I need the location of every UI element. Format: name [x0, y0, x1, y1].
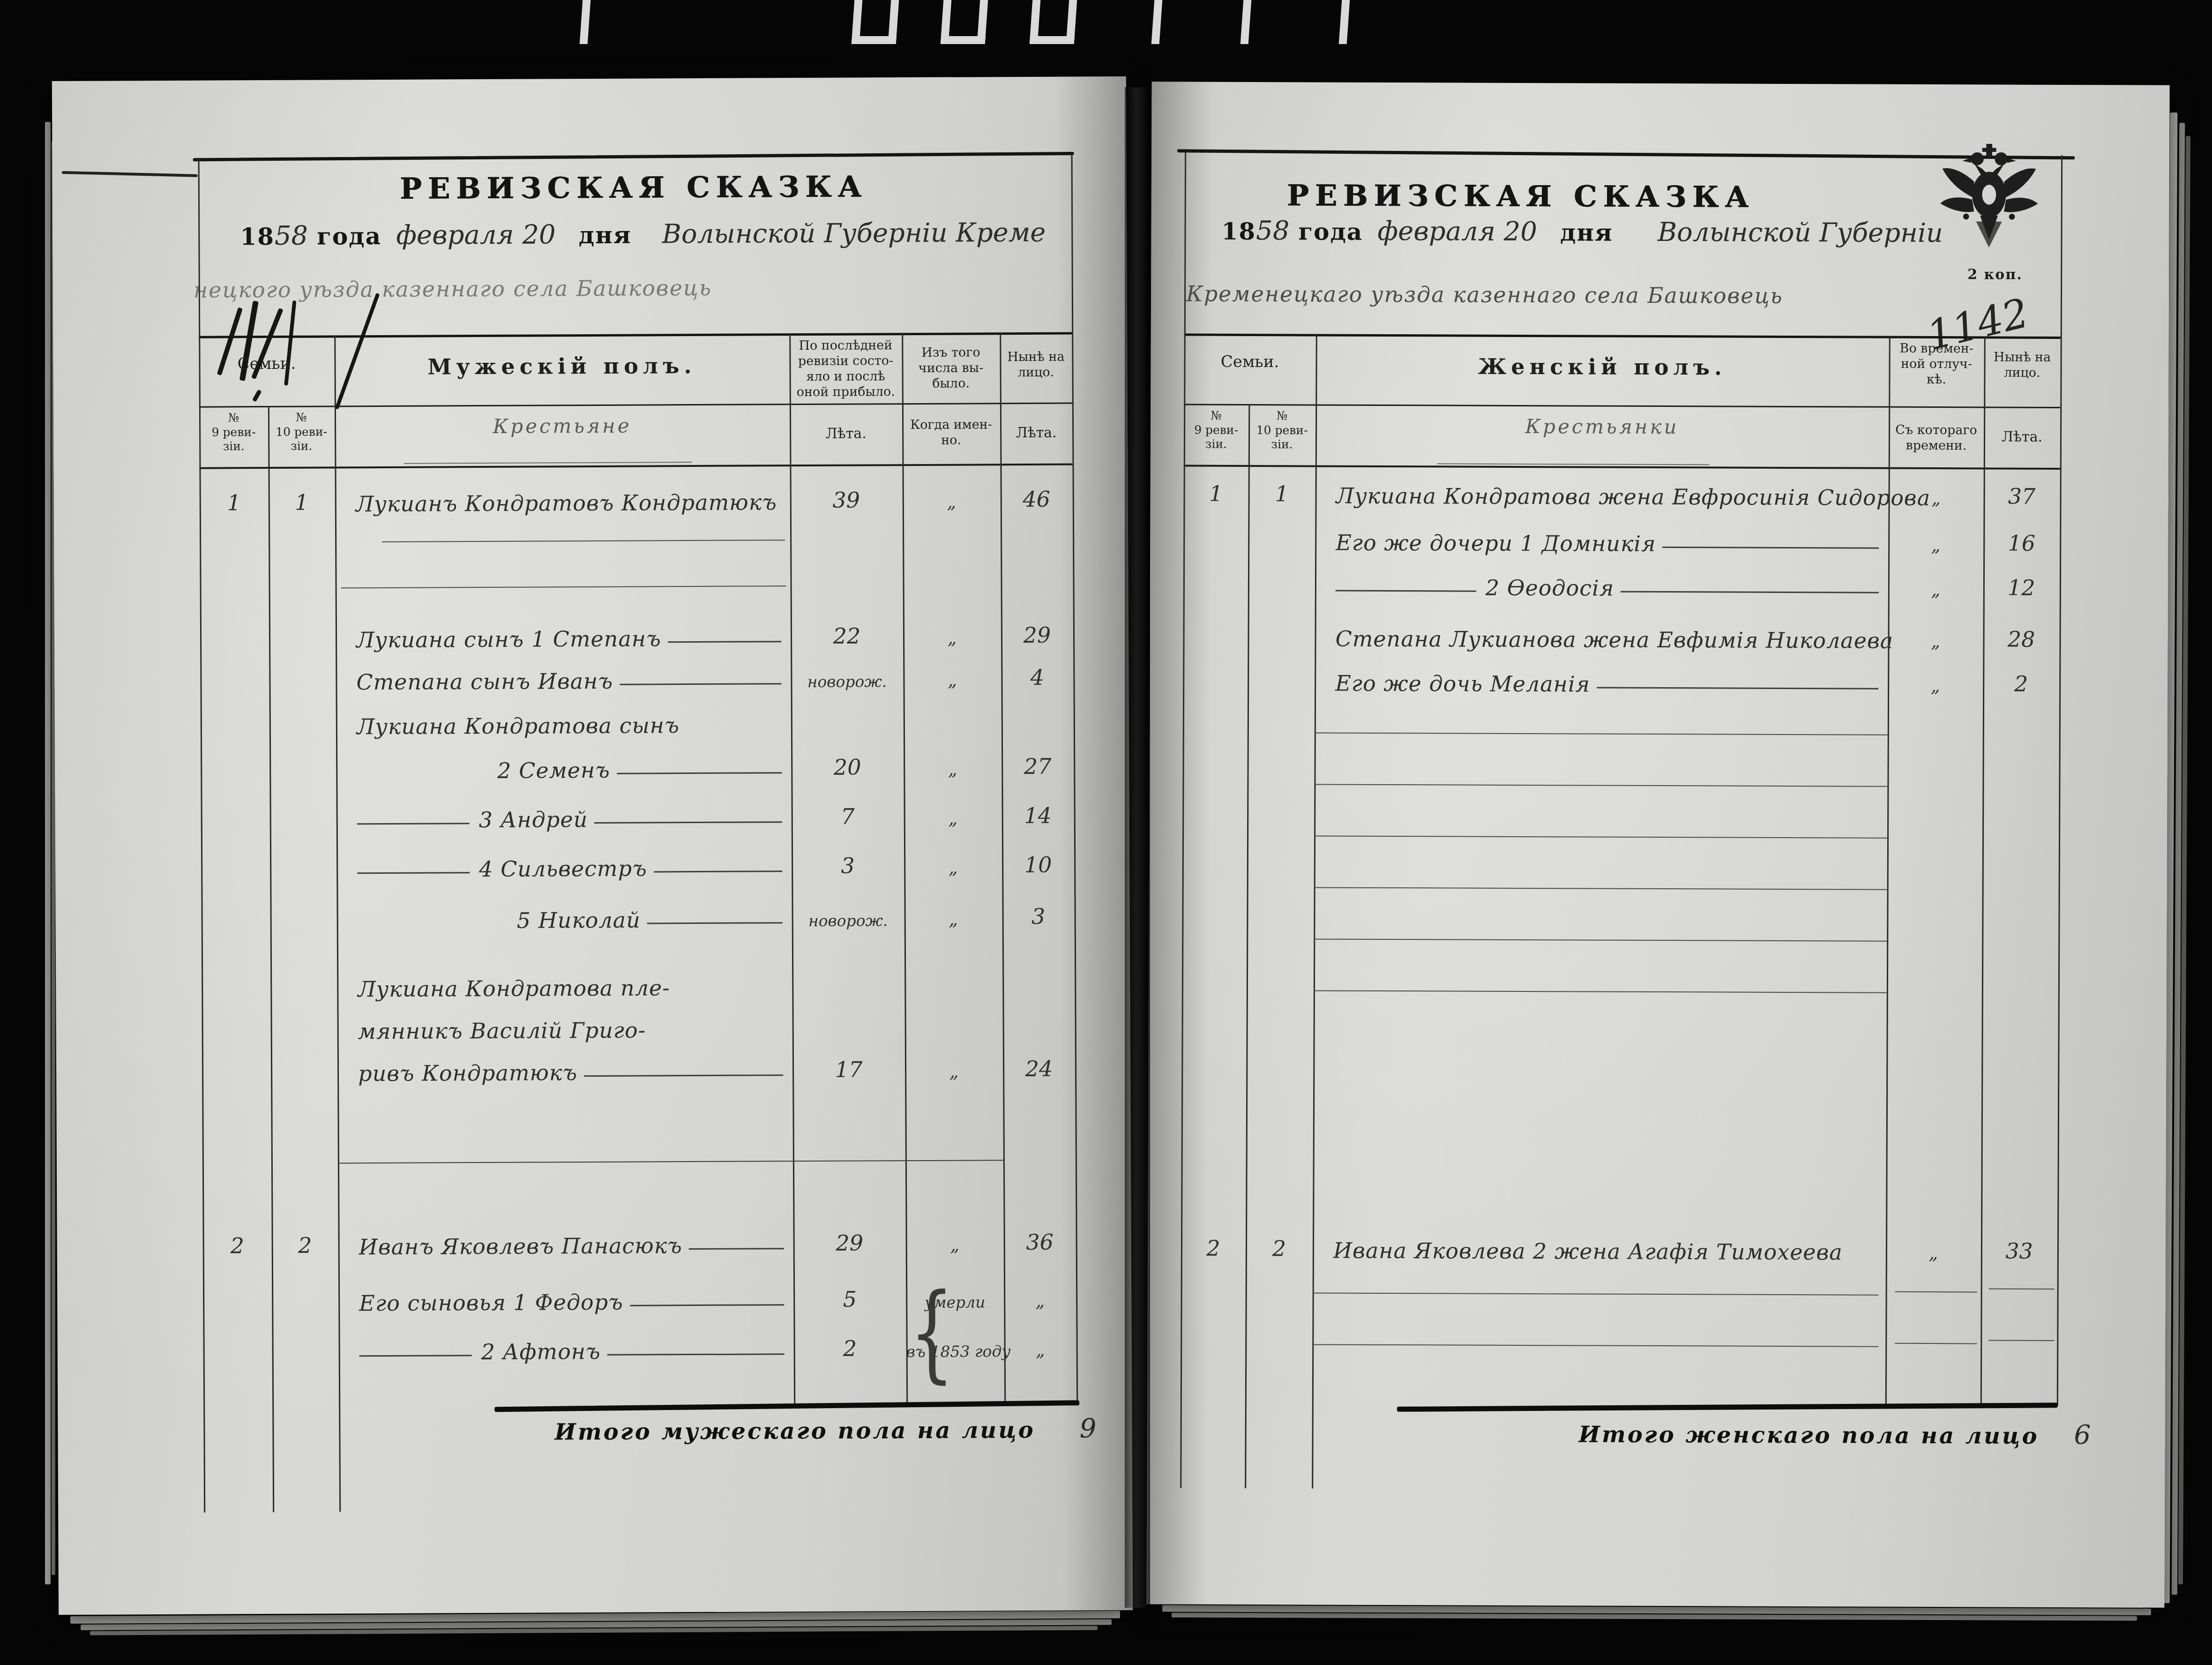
- table-row: Лукиана сынъ 1 Степанъ 22 „ 29: [200, 611, 1073, 653]
- table-row: 2 2 Иванъ Яковлевъ Панасюкъ 29 „ 36: [202, 1218, 1076, 1260]
- cell-when: „: [904, 908, 1002, 931]
- fill-line: [357, 823, 470, 825]
- cell-age-prev: 20: [791, 754, 904, 782]
- cell-age: 37: [1983, 483, 2060, 511]
- cell-when: „: [903, 669, 1001, 692]
- header-rev9: № 9 реви- зіи.: [1184, 408, 1248, 451]
- stamp-caption: 2 коп.: [1967, 266, 2023, 283]
- fill-line: [1597, 687, 1878, 690]
- header-class-handwritten: Крестьянки: [1315, 413, 1889, 440]
- cell-age-now: 10: [1002, 852, 1074, 880]
- cell-rev9: 1: [200, 490, 269, 517]
- cell-age-now: 36: [1004, 1230, 1076, 1257]
- table-rule: [199, 403, 1072, 408]
- cell-age-now: „: [1004, 1290, 1076, 1313]
- printed-word-day: дня: [579, 221, 632, 249]
- counter-digit-icon: [853, 0, 900, 44]
- header-class-handwritten: Крестьяне: [335, 413, 790, 439]
- table-rule: [199, 332, 1072, 338]
- printed-year-prefix: 18: [1221, 217, 1256, 245]
- cell-when: „: [903, 491, 1001, 514]
- cell-since: „: [1888, 535, 1983, 558]
- total-rule: [1397, 1402, 2058, 1412]
- counter-digit-icon: [942, 0, 989, 44]
- table-row: 2 2 Ивана Яковлева 2 жена Агафія Тимохее…: [1181, 1224, 2057, 1266]
- fill-line: [607, 1353, 785, 1356]
- cell-age-now: „: [1004, 1340, 1076, 1363]
- blank-line: [1895, 1291, 1977, 1293]
- blank-line: [1314, 784, 1887, 787]
- cell-since: „: [1888, 675, 1983, 698]
- person-name: Его же дочери 1 Домникія: [1336, 530, 1656, 556]
- hw-guberniya: Волынской Губерніи: [1658, 217, 1943, 248]
- header-prev-revision: По послѣдней ревизіи состо- яло и послѣ …: [789, 338, 902, 400]
- cell-rev10: 1: [269, 489, 335, 517]
- cell-rev10: 2: [272, 1232, 338, 1260]
- blank-line: [382, 540, 785, 542]
- person-name: Его же дочь Меланія: [1335, 671, 1590, 697]
- location-line: нецкого уѣзда казеннаго села Башковець: [194, 275, 712, 303]
- person-name: Лукиана Кондратова пле-: [358, 975, 670, 1002]
- table-row: Лукиана Кондратова сынъ: [201, 698, 1074, 740]
- header-present: Нынѣ на лицо.: [1000, 350, 1072, 381]
- header-absent: Во времен- ной отлуч- кѣ.: [1889, 341, 1984, 388]
- hw-year: 58: [1256, 216, 1289, 246]
- person-name: мянникъ Василій Григо-: [358, 1018, 646, 1044]
- blank-line: [1315, 732, 1888, 735]
- table-row: Его же дочь Меланія „ 2: [1183, 657, 2059, 698]
- blank-line: [1312, 1344, 1878, 1347]
- total-value: 6: [2074, 1420, 2091, 1450]
- person-name: Степана Лукианова жена Евфимія Николаева: [1335, 626, 1893, 653]
- header-when: Когда имен- но.: [902, 417, 1000, 449]
- cell-age-prev: новорож.: [792, 911, 904, 932]
- person-name: 2 Ѳеодосія: [1486, 575, 1614, 601]
- header-departed: Изъ того числа вы- было.: [902, 345, 1000, 392]
- cell-rev9: 2: [1181, 1235, 1246, 1262]
- table-row: ривъ Кондратюкъ 17 „ 24: [202, 1045, 1075, 1087]
- table-row: Лукиана Кондратова пле-: [202, 960, 1075, 1003]
- cell-when: „: [905, 1061, 1003, 1084]
- page-top-rule: [193, 152, 1074, 161]
- cell-since: „: [1888, 488, 1983, 511]
- cell-age-now: 4: [1001, 665, 1073, 692]
- printed-word-year: года: [317, 222, 381, 250]
- fill-line: [617, 772, 782, 774]
- cell-since: „: [1886, 1243, 1981, 1266]
- header-rev9: № 9 реви- зіи.: [199, 411, 268, 454]
- table-row: 2 Семенъ 20 „ 27: [201, 742, 1074, 785]
- blank-line: [1313, 1292, 1879, 1295]
- fill-line: [647, 922, 783, 924]
- blank-line: [1314, 938, 1887, 941]
- fill-line: [594, 821, 782, 824]
- page-stack-edge: [45, 122, 51, 1584]
- cell-age-now: 46: [1001, 487, 1073, 514]
- person-name: Ивана Яковлева 2 жена Агафія Тимохеева: [1333, 1238, 1843, 1265]
- cell-since: „: [1888, 631, 1983, 654]
- blank-line: [1989, 1288, 2055, 1289]
- table-row: Его же дочери 1 Домникія „ 16: [1183, 516, 2060, 558]
- total-value: 9: [1080, 1413, 1097, 1444]
- person-name: Его сыновья 1 Федоръ: [359, 1290, 623, 1316]
- blank-line: [1314, 887, 1887, 890]
- printed-word-year: года: [1298, 217, 1363, 245]
- person-name: Иванъ Яковлевъ Панасюкъ: [359, 1233, 682, 1260]
- hw-month-day: февраля 20: [1377, 216, 1537, 247]
- cell-when: „: [906, 1234, 1004, 1257]
- book-spine: [1125, 87, 1150, 1608]
- fill-line: [1663, 547, 1879, 549]
- page-title: РЕВИЗСКАЯ СКАЗКА: [362, 169, 905, 206]
- cell-age-prev: 17: [792, 1057, 905, 1084]
- cell-age-now: 3: [1002, 904, 1075, 931]
- fill-line: [668, 641, 781, 643]
- header-age-now: Лѣта.: [1000, 425, 1072, 442]
- right-page: РЕВИЗСКАЯ СКАЗКА 1858 года февраля 20 дн…: [1146, 82, 2169, 1608]
- cell-rev10: 1: [1248, 481, 1315, 508]
- cell-when: въ 1853 году: [906, 1342, 1004, 1363]
- cell-age-prev: новорож.: [791, 672, 903, 693]
- person-name: Лукиана Кондратова жена Евфросинія Сидор…: [1336, 483, 1931, 510]
- printed-word-day: дня: [1560, 218, 1613, 246]
- header-age: Лѣта.: [1984, 428, 2060, 446]
- blank-line: [1895, 1343, 1977, 1344]
- total-line: Итого мужескаго пола на лицо 9: [554, 1413, 1096, 1446]
- person-name: 2 Семенъ: [497, 757, 610, 783]
- table-row: 4 Сильвестръ 3 „ 10: [201, 841, 1074, 883]
- total-label: Итого женскаго пола на лицо: [1579, 1421, 2039, 1449]
- cell-age-prev: 39: [790, 487, 903, 515]
- fill-line: [359, 1355, 472, 1357]
- hw-year: 58: [275, 221, 308, 251]
- blank-line: [341, 585, 786, 588]
- person-name: 2 Афтонъ: [481, 1339, 601, 1365]
- hw-month-day: февраля 20: [396, 219, 556, 250]
- person-name: ривъ Кондратюкъ: [358, 1060, 577, 1086]
- table-row: 5 Николай новорож. „ 3: [201, 892, 1074, 935]
- person-name: Лукиана Кондратова сынъ: [357, 712, 680, 739]
- blank-line: [1314, 835, 1887, 838]
- counter-digit-icon: [1031, 0, 1078, 44]
- cell-age-prev: 2: [794, 1335, 906, 1363]
- date-line: 1858 года февраля 20 дня Волынской Губер…: [1221, 216, 1943, 248]
- cell-age: 28: [1983, 626, 2059, 654]
- person-name: Лукиана сынъ 1 Степанъ: [356, 626, 661, 652]
- table-rule: [1071, 154, 1078, 1403]
- cell-when: „: [904, 808, 1002, 831]
- total-label: Итого мужескаго пола на лицо: [554, 1417, 1035, 1445]
- person-name: 4 Сильвестръ: [479, 855, 647, 882]
- date-line: 1858 года февраля 20 дня Волынской Губер…: [240, 217, 1046, 252]
- handwriting-underline: [404, 462, 692, 464]
- header-present: Нынѣ на лицо.: [1984, 350, 2060, 381]
- header-family: Семьи.: [1184, 352, 1316, 372]
- fill-line: [1621, 591, 1879, 593]
- location-line: Кременецкаго уѣзда казеннаго села Башков…: [1186, 281, 1783, 308]
- header-sex: Мужескій полъ.: [334, 352, 789, 380]
- printed-year-prefix: 18: [240, 223, 275, 250]
- cell-when: „: [904, 857, 1002, 880]
- family-divider-line: [338, 1160, 1003, 1163]
- cell-age-prev: 5: [793, 1286, 906, 1314]
- table-row: Степана Лукианова жена Евфимія Николаева…: [1183, 612, 2059, 654]
- ink-smudge: [52, 76, 1126, 81]
- cell-age-prev: 7: [792, 803, 904, 831]
- cell-age-now: 29: [1001, 622, 1073, 650]
- fill-line: [654, 870, 782, 872]
- person-name: Степана сынъ Иванъ: [356, 668, 613, 695]
- cell-age-now: 27: [1001, 754, 1074, 781]
- left-page: РЕВИЗСКАЯ СКАЗКА 1858 года февраля 20 дн…: [52, 76, 1133, 1615]
- table-rule: [2057, 155, 2063, 1406]
- header-age-prev: Лѣта.: [790, 425, 902, 443]
- cell-age: 12: [1983, 575, 2060, 602]
- cell-age-prev: 29: [793, 1230, 906, 1258]
- fill-line: [630, 1304, 784, 1306]
- total-line: Итого женскаго пола на лицо 6: [1579, 1418, 2091, 1450]
- cell-since: „: [1888, 579, 1983, 602]
- fill-line: [1336, 590, 1476, 592]
- fill-line: [620, 683, 781, 685]
- total-rule: [494, 1400, 1079, 1412]
- page-title: РЕВИЗСКАЯ СКАЗКА: [1286, 178, 1755, 214]
- person-name: 5 Николай: [517, 907, 641, 933]
- fill-line: [357, 872, 470, 874]
- header-sex: Женскій полъ.: [1315, 352, 1889, 381]
- handwriting-underline: [1437, 463, 1709, 465]
- imperial-eagle-stamp-icon: [1938, 140, 2040, 260]
- table-row: 1 1 Лукиана Кондратова жена Евфросинія С…: [1184, 469, 2060, 511]
- table-row: 2 Афтонъ 2 въ 1853 году „: [203, 1324, 1076, 1366]
- header-since: Съ котораго времени.: [1889, 423, 1984, 454]
- cell-when: умерли: [906, 1293, 1004, 1313]
- cell-age-now: 24: [1003, 1056, 1075, 1084]
- blank-line: [1988, 1340, 2054, 1341]
- hw-guberniya: Волынской Губерніи Креме: [662, 217, 1046, 250]
- table-row: Степана сынъ Иванъ новорож. „ 4: [200, 653, 1073, 696]
- cell-age-prev: 3: [792, 853, 904, 880]
- header-rev10: № 10 реви- зіи.: [1248, 409, 1315, 452]
- person-name: Лукианъ Кондратовъ Кондратюкъ: [356, 489, 777, 517]
- header-family: Семьи.: [199, 354, 334, 374]
- fill-line: [584, 1074, 783, 1077]
- page-top-rule: [62, 171, 198, 177]
- cell-age-prev: 22: [791, 623, 903, 651]
- cell-rev9: 1: [1184, 480, 1248, 508]
- cell-age: 33: [1981, 1238, 2057, 1266]
- table-row: Его сыновья 1 Федоръ 5 умерли „: [203, 1275, 1076, 1317]
- cell-age: 2: [1983, 671, 2059, 698]
- cell-when: „: [903, 627, 1001, 650]
- header-rev10: № 10 реви- зіи.: [268, 410, 335, 453]
- cell-rev10: 2: [1246, 1236, 1313, 1263]
- table-row: 1 1 Лукианъ Кондратовъ Кондратюкъ 39 „ 4…: [200, 475, 1073, 517]
- blank-line: [1314, 990, 1887, 993]
- table-row: 2 Ѳеодосія „ 12: [1183, 561, 2060, 602]
- cell-when: „: [904, 758, 1001, 781]
- table-row: мянникъ Василій Григо-: [202, 1003, 1075, 1045]
- table-rule: [199, 464, 1072, 469]
- person-name: 3 Андрей: [479, 807, 588, 832]
- cell-age: 16: [1983, 530, 2060, 558]
- table-row: 3 Андрей 7 „ 14: [201, 792, 1074, 834]
- cell-age-now: 14: [1002, 803, 1074, 831]
- cell-rev9: 2: [203, 1233, 272, 1260]
- fill-line: [689, 1248, 784, 1250]
